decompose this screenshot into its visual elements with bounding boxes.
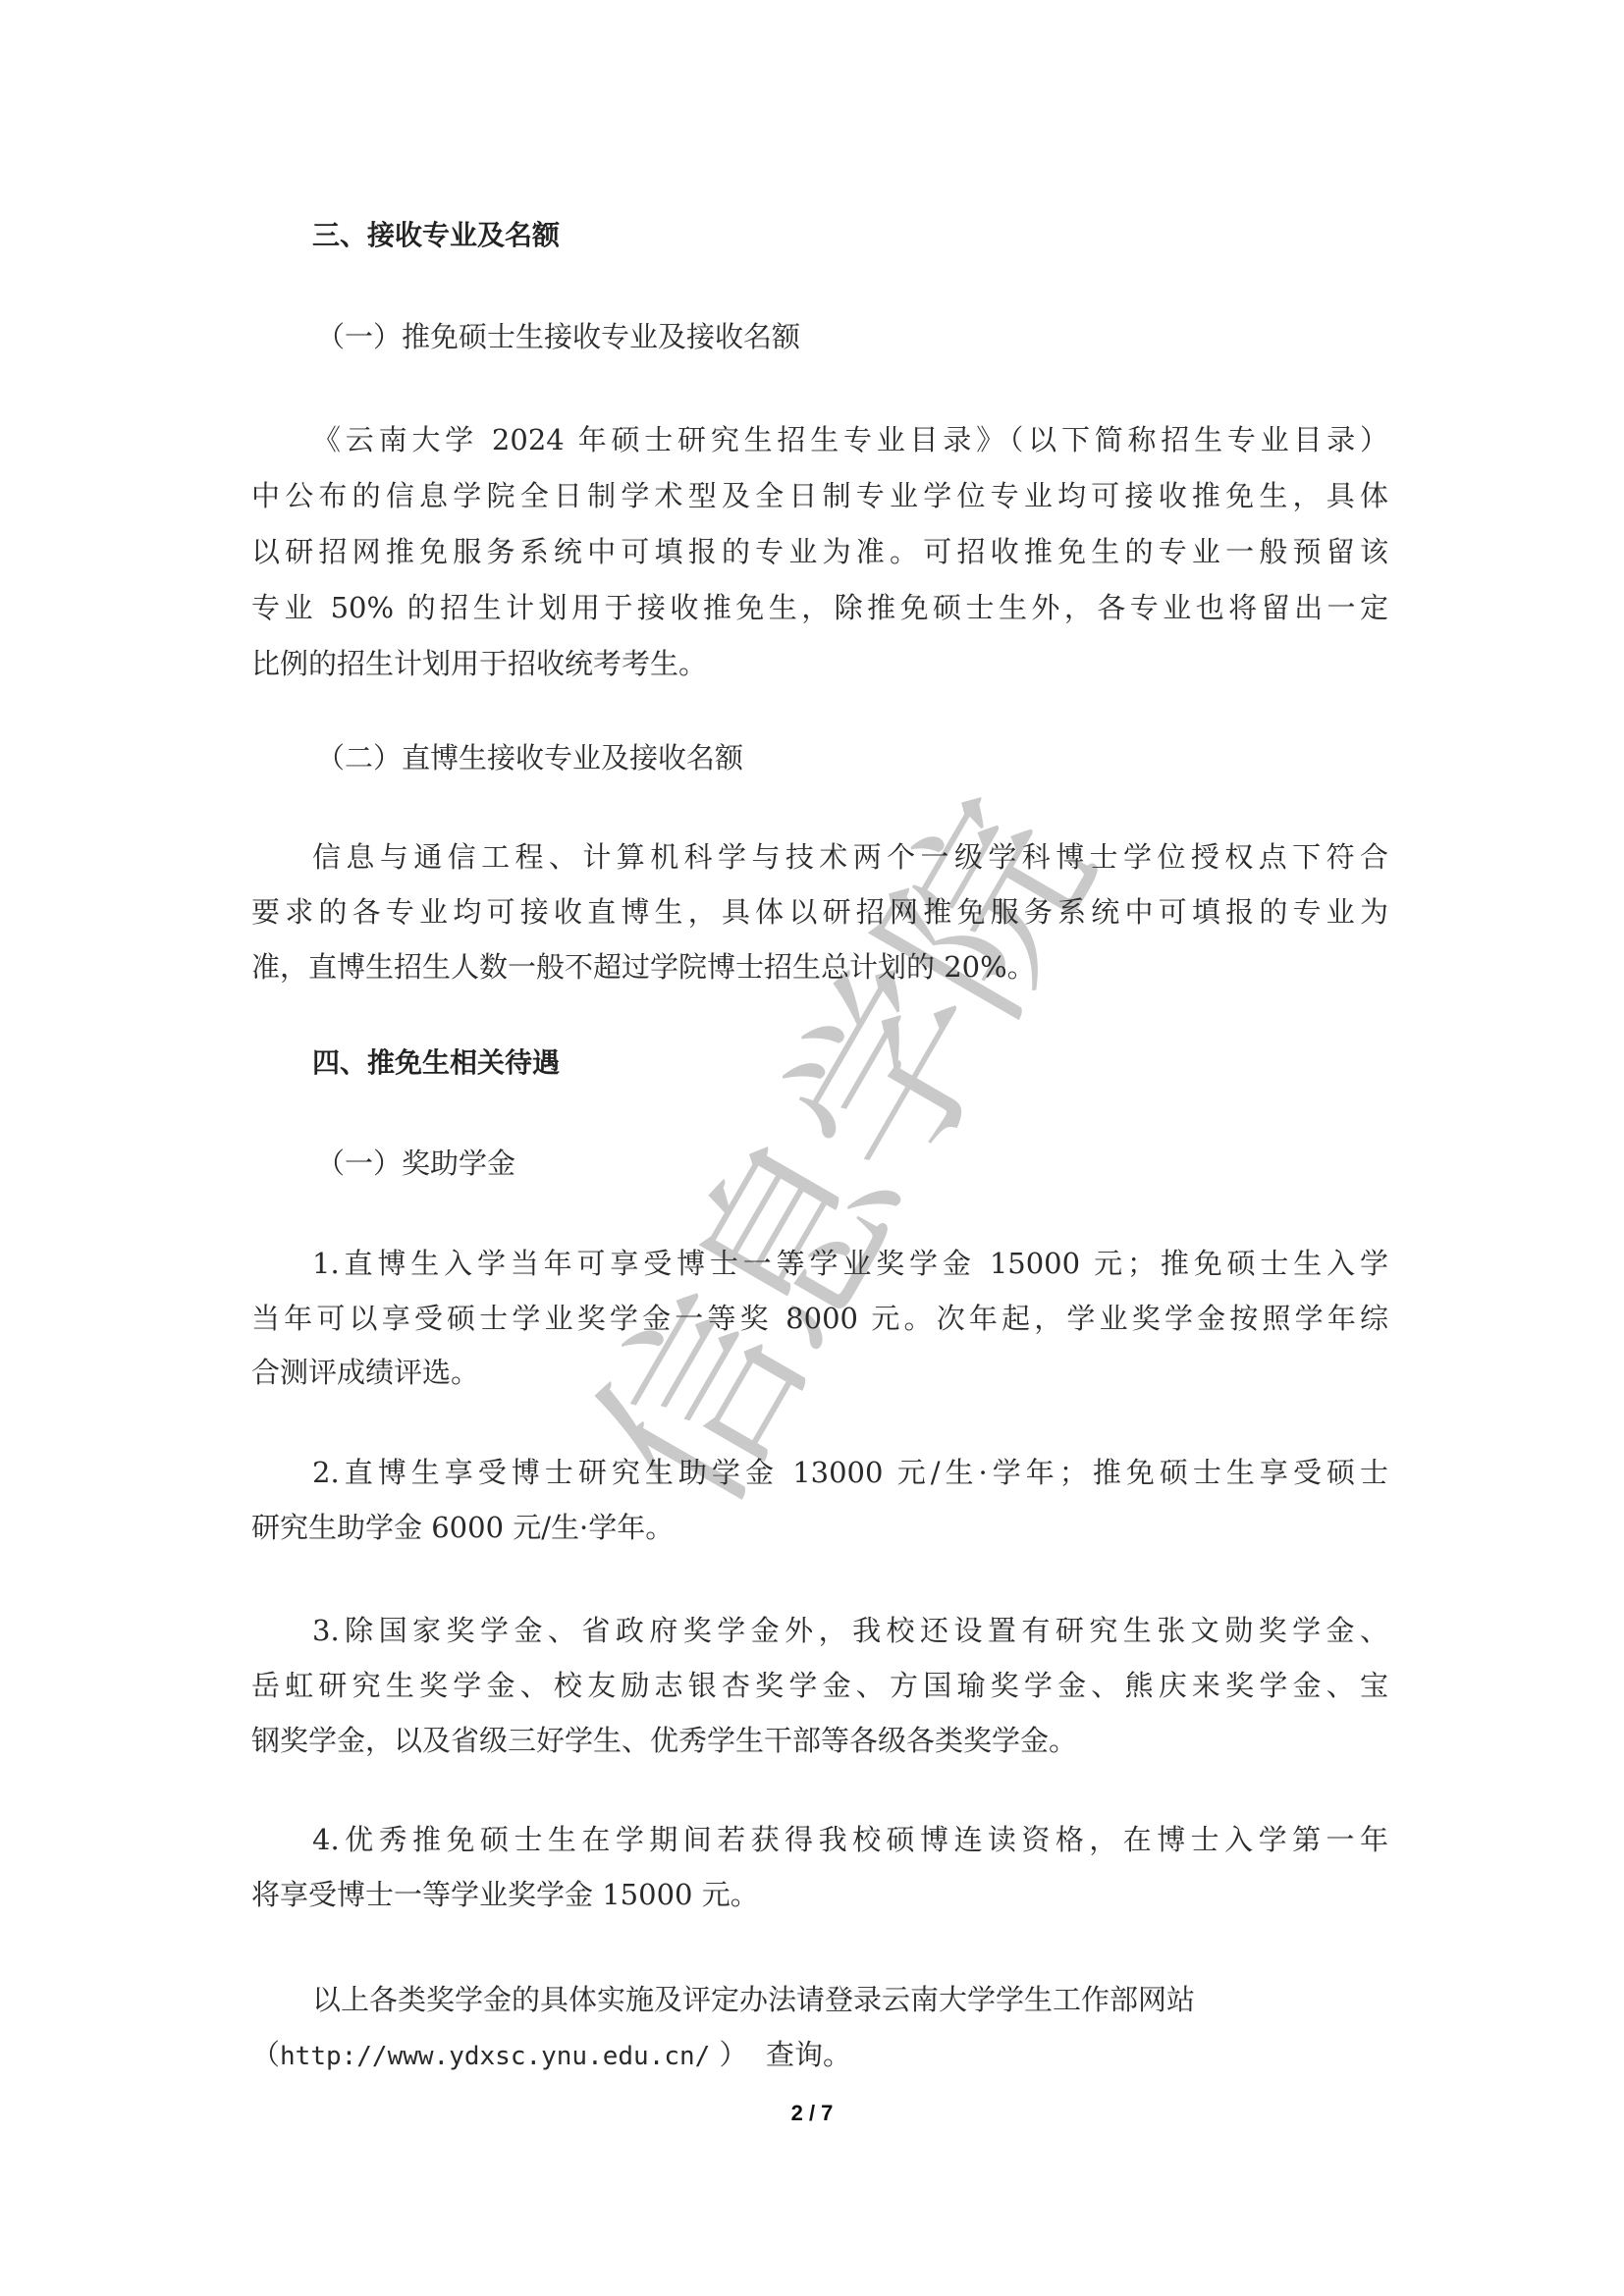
document-page: 信息学院 三、接收专业及名额 （一）推免硕士生接收专业及接收名额 《云南大学 2… bbox=[0, 0, 1624, 2296]
subsection-title-4-1: （一）奖助学金 bbox=[316, 1144, 515, 1183]
paragraph-line: 中公布的信息学院全日制学术型及全日制专业学位专业均可接收推免生，具体 bbox=[251, 476, 1388, 515]
section-heading-4: 四、推免生相关待遇 bbox=[312, 1043, 560, 1083]
list-item-line: 岳虹研究生奖学金、校友励志银杏奖学金、方国瑜奖学金、熊庆来奖学金、宝 bbox=[251, 1666, 1388, 1705]
paragraph-line: 专业 50% 的招生计划用于接收推免生，除推免硕士生外，各专业也将留出一定 bbox=[251, 588, 1388, 627]
list-item-line: 钢奖学金，以及省级三好学生、优秀学生干部等各级各类奖学金。 bbox=[251, 1721, 1077, 1760]
list-item-line: 3.除国家奖学金、省政府奖学金外，我校还设置有研究生张文勋奖学金、 bbox=[312, 1611, 1388, 1650]
subsection-title-3-2: （二）直博生接收专业及接收名额 bbox=[316, 738, 743, 777]
list-item-line: 当年可以享受硕士学业奖学金一等奖 8000 元。次年起，学业奖学金按照学年综 bbox=[251, 1299, 1388, 1338]
paragraph-line: 准，直博生招生人数一般不超过学院博士招生总计划的 20%。 bbox=[251, 947, 1036, 987]
list-item-line: 4.优秀推免硕士生在学期间若获得我校硕博连读资格，在博士入学第一年 bbox=[312, 1820, 1388, 1859]
paren-close-query: ） 查询。 bbox=[710, 2038, 851, 2071]
page-number: 2 / 7 bbox=[0, 2101, 1624, 2126]
page-content: 三、接收专业及名额 （一）推免硕士生接收专业及接收名额 《云南大学 2024 年… bbox=[0, 0, 1624, 2296]
list-item-line: 研究生助学金 6000 元/生·学年。 bbox=[251, 1508, 674, 1547]
list-item-line: 1.直博生入学当年可享受博士一等学业奖学金 15000 元；推免硕士生入学 bbox=[312, 1244, 1388, 1283]
closing-line-url: （http://www.ydxsc.ynu.edu.cn/ ） 查询。 bbox=[251, 2035, 851, 2074]
paragraph-line: 信息与通信工程、计算机科学与技术两个一级学科博士学位授权点下符合 bbox=[312, 837, 1388, 877]
paren-open: （ bbox=[251, 2038, 280, 2071]
list-item-line: 2.直博生享受博士研究生助学金 13000 元/生·学年；推免硕士生享受硕士 bbox=[312, 1453, 1388, 1492]
subsection-title-3-1: （一）推免硕士生接收专业及接收名额 bbox=[316, 317, 800, 356]
closing-line: 以上各类奖学金的具体实施及评定办法请登录云南大学学生工作部网站 bbox=[312, 1980, 1195, 2019]
list-item-line: 将享受博士一等学业奖学金 15000 元。 bbox=[251, 1875, 759, 1914]
paragraph-line: 以研招网推免服务系统中可填报的专业为准。可招收推免生的专业一般预留该 bbox=[251, 532, 1388, 571]
section-heading-3: 三、接收专业及名额 bbox=[312, 216, 560, 255]
paragraph-line: 比例的招生计划用于招收统考考生。 bbox=[251, 644, 707, 683]
website-link[interactable]: http://www.ydxsc.ynu.edu.cn/ bbox=[280, 2042, 710, 2071]
paragraph-line: 《云南大学 2024 年硕士研究生招生专业目录》（以下简称招生专业目录） bbox=[312, 420, 1388, 459]
list-item-line: 合测评成绩评选。 bbox=[251, 1353, 479, 1392]
paragraph-line: 要求的各专业均可接收直博生，具体以研招网推免服务系统中可填报的专业为 bbox=[251, 892, 1388, 932]
